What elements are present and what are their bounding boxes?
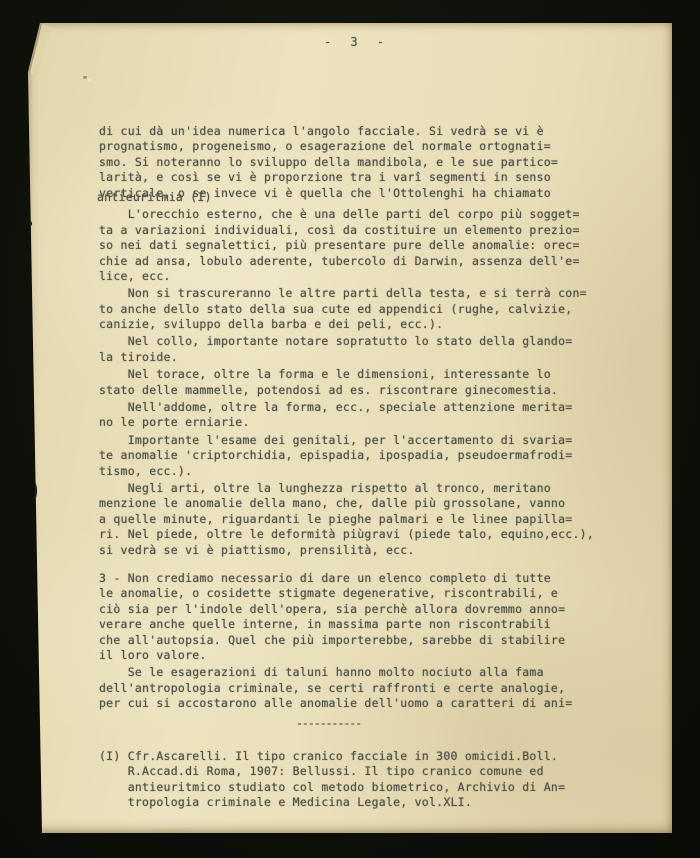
text-line: ri. Nel piede, oltre le deformità piùgra… — [99, 527, 619, 542]
text-line: to anche dello stato della sua cute ed a… — [99, 302, 619, 317]
text-line: Non si trascureranno le altre parti dell… — [99, 286, 619, 301]
paragraph: Se le esagerazioni di taluni hanno molto… — [99, 665, 619, 711]
text-line: che all'autopsia. Quel che più importere… — [99, 633, 619, 648]
text-line: so nei dati segnalettici, più presentare… — [99, 238, 619, 253]
edge-nick — [27, 220, 32, 227]
text-line: smo. Si noteranno lo sviluppo della mand… — [99, 155, 619, 170]
paragraph: 3 - Non crediamo necessario di dare un e… — [99, 571, 619, 663]
paper-page: - 3 - di cui dà un'idea numerica l'angol… — [28, 23, 672, 833]
text-line: chie ad ansa, lobulo aderente, tubercolo… — [99, 254, 619, 269]
text-line: ciò sia per l'indole dell'opera, sia per… — [99, 602, 619, 617]
text-line: Nell'addome, oltre la forma, ecc., speci… — [99, 400, 619, 415]
text-line: no le porte erniarie. — [99, 415, 619, 430]
text-line: larità, e così se vi è proporzione tra i… — [99, 170, 619, 185]
text-line: Negli arti, oltre la lunghezza rispetto … — [99, 481, 619, 496]
paragraph: Negli arti, oltre la lunghezza rispetto … — [99, 481, 619, 558]
paragraph: di cui dà un'idea numerica l'angolo facc… — [99, 124, 619, 205]
text-line: Se le esagerazioni di taluni hanno molto… — [99, 665, 619, 680]
footnote-line: antieuritmico studiato col metodo biomet… — [99, 780, 619, 795]
text-line: Nel torace, oltre la forma e le dimensio… — [99, 367, 619, 382]
text-line: L'orecchio esterno, che è una delle part… — [99, 207, 619, 222]
paragraph: L'orecchio esterno, che è una delle part… — [99, 207, 619, 284]
text-line: stato delle mammelle, potendosi ad es. r… — [99, 383, 619, 398]
text-line: lice, ecc. — [99, 269, 619, 284]
text-line: Importante l'esame dei genitali, per l'a… — [99, 433, 619, 448]
text-line: di cui dà un'idea numerica l'angolo facc… — [99, 124, 619, 139]
footnote-line: R.Accad.di Roma, 1907: Bellussi. Il tipo… — [99, 764, 619, 779]
paragraph: Nel torace, oltre la forma e le dimensio… — [99, 367, 619, 398]
text-line: la tiroide. — [99, 350, 619, 365]
paragraph: Nell'addome, oltre la forma, ecc., speci… — [99, 400, 619, 431]
text-line: per cui si accostarono alle anomalie del… — [99, 696, 619, 711]
footnote-line: (I) Cfr.Ascarelli. Il tipo cranico facci… — [99, 749, 619, 764]
text-line: dell'antropologia criminale, se certi ra… — [99, 681, 619, 696]
text-line: prognatismo, progeneismo, o esagerazione… — [99, 139, 619, 154]
footnote: (I) Cfr.Ascarelli. Il tipo cranico facci… — [99, 749, 619, 811]
text-line: ta a variazioni individuali, così da cos… — [99, 223, 619, 238]
paragraph: Importante l'esame dei genitali, per l'a… — [99, 433, 619, 479]
paper-speck-highlight — [88, 79, 91, 81]
paragraph: Non si trascureranno le altre parti dell… — [99, 286, 619, 332]
text-line: si vedrà se vi è piattismo, prensilità, … — [99, 543, 619, 558]
text-line: a quelle minute, riguardanti le pieghe p… — [99, 512, 619, 527]
text-line: canizie, sviluppo della barba e dei peli… — [99, 317, 619, 332]
text-line: il loro valore. — [99, 648, 619, 663]
text-line: Nel collo, importante notare sopratutto … — [99, 334, 619, 349]
page-number: - 3 - — [28, 35, 672, 49]
edge-tear-upper — [26, 478, 37, 504]
footnote-line: tropologia criminale e Medicina Legale, … — [99, 795, 619, 810]
footnote-divider: ----------- — [99, 716, 619, 731]
text-line: verare anche quelle interne, in massima … — [99, 617, 619, 632]
edge-tear-lower — [27, 543, 35, 561]
text-line: menzione le anomalie della mano, che, da… — [99, 496, 619, 511]
text-line: 3 - Non crediamo necessario di dare un e… — [99, 571, 619, 586]
paper-speck — [83, 76, 87, 79]
paragraph: Nel collo, importante notare sopratutto … — [99, 334, 619, 365]
text-line: tismo, ecc.). — [99, 464, 619, 479]
folded-corner — [28, 23, 68, 93]
text-line: te anomalie 'criptorchidia, epispadia, i… — [99, 448, 619, 463]
body-text: di cui dà un'idea numerica l'angolo facc… — [99, 124, 619, 810]
text-line: le anomalie, o cosidette stigmate degene… — [99, 586, 619, 601]
photograph-background: { "page": { "number_label": "- 3 -", "in… — [0, 0, 700, 858]
